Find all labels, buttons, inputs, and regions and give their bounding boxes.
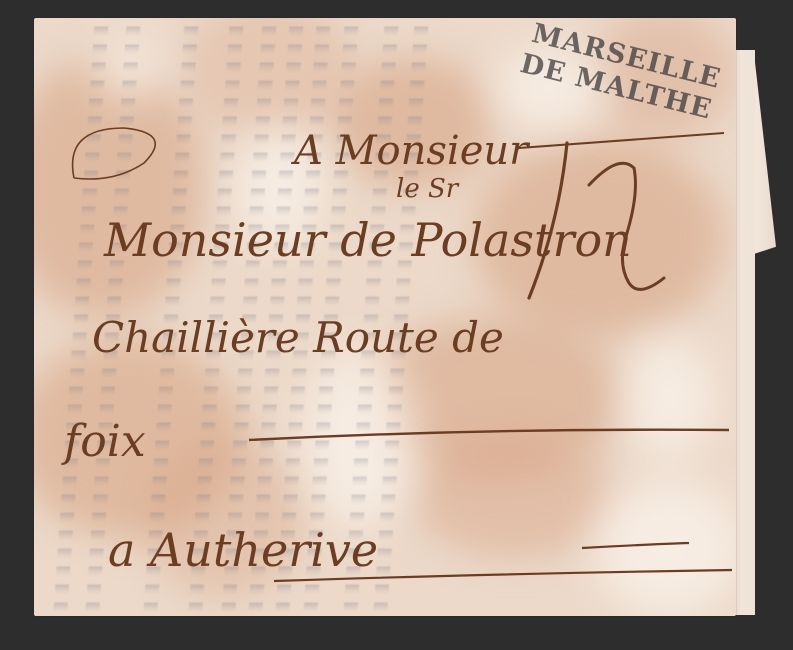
address-recipient: Monsieur de Polastron <box>104 213 632 267</box>
address-salutation: A Monsieur <box>294 128 528 174</box>
letter-paper: MARSEILLE DE MALTHE A Monsieur le Sr Mon… <box>34 18 736 616</box>
address-destination: a Autherive <box>108 523 378 577</box>
address-line1: Chaillière Route de <box>92 313 504 362</box>
address-title-abbrev: le Sr <box>396 174 458 204</box>
photo-stage: MARSEILLE DE MALTHE A Monsieur le Sr Mon… <box>0 0 793 650</box>
address-line2: foix <box>64 416 146 467</box>
